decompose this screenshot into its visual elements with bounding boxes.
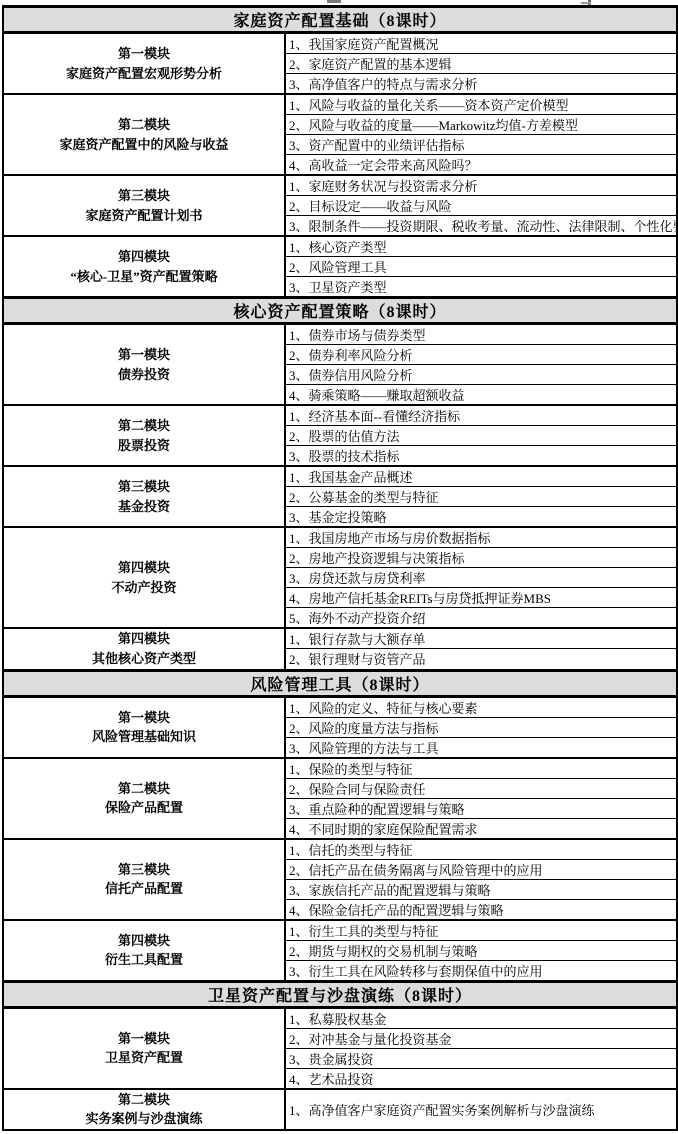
module-title: 衍生工具配置 <box>8 950 280 970</box>
item-cell: 1、我国房地产市场与房价数据指标 <box>285 527 677 548</box>
item-cell: 3、风险管理的方法与工具 <box>285 737 677 758</box>
module-title: “核心-卫星”资产配置策略 <box>8 267 280 287</box>
item-cell: 3、资产配置中的业绩评估指标 <box>285 135 677 155</box>
module-cell: 第二模块股票投资 <box>3 405 285 466</box>
module-label: 第四模块 <box>8 931 280 951</box>
item-cell: 2、目标设定——收益与风险 <box>285 196 677 216</box>
module-label: 第二模块 <box>8 416 280 436</box>
module-cell: 第四模块不动产投资 <box>3 527 285 628</box>
module-title: 卫星资产配置 <box>8 1048 280 1068</box>
table-row: 第三模块信托产品配置1、信托的类型与特征 <box>3 839 677 860</box>
item-cell: 1、衍生工具的类型与特征 <box>285 920 677 941</box>
section-row: 核心资产配置策略（8课时） <box>3 298 677 324</box>
item-cell: 2、债券利率风险分析 <box>285 345 677 365</box>
module-cell: 第三模块基金投资 <box>3 466 285 527</box>
item-cell: 2、风险管理工具 <box>285 257 677 277</box>
item-cell: 2、信托产品在债务隔离与风险管理中的应用 <box>285 859 677 879</box>
module-title: 股票投资 <box>8 436 280 456</box>
module-label: 第一模块 <box>8 345 280 365</box>
item-cell: 3、高净值客户的特点与需求分析 <box>285 74 677 95</box>
item-cell: 2、公募基金的类型与特征 <box>285 487 677 507</box>
item-cell: 5、海外不动产投资介绍 <box>285 608 677 629</box>
table-row: 第四模块其他核心资产类型1、银行存款与大额存单 <box>3 628 677 649</box>
section-header: 家庭资产配置基础（8课时） <box>3 7 677 33</box>
item-cell: 1、保险的类型与特征 <box>285 758 677 779</box>
module-title: 债券投资 <box>8 365 280 385</box>
section-row: 卫星资产配置与沙盘演练（8课时） <box>3 981 677 1007</box>
module-cell: 第二模块家庭资产配置中的风险与收益 <box>3 94 285 175</box>
table-row: 第二模块保险产品配置1、保险的类型与特征 <box>3 758 677 779</box>
module-label: 第一模块 <box>8 44 280 64</box>
item-cell: 2、银行理财与资管产品 <box>285 649 677 670</box>
item-cell: 1、私募股权基金 <box>285 1007 677 1028</box>
item-cell: 1、核心资产类型 <box>285 236 677 257</box>
item-cell: 2、对冲基金与量化投资基金 <box>285 1028 677 1048</box>
module-cell: 第一模块卫星资产配置 <box>3 1007 285 1089</box>
table-row: 第四模块“核心-卫星”资产配置策略1、核心资产类型 <box>3 236 677 257</box>
item-cell: 2、保险合同与保险责任 <box>285 778 677 798</box>
module-title: 保险产品配置 <box>8 798 280 818</box>
item-cell: 1、高净值客户家庭资产配置实务案例解析与沙盘演练 <box>285 1089 677 1130</box>
course-outline-sheet: 家庭资产配置基础（8课时）第一模块家庭资产配置宏观形势分析1、我国家庭资产配置概… <box>0 0 678 1134</box>
table-row: 第三模块基金投资1、我国基金产品概述 <box>3 466 677 487</box>
module-cell: 第二模块实务案例与沙盘演练 <box>3 1089 285 1130</box>
item-cell: 3、重点险种的配置逻辑与策略 <box>285 798 677 818</box>
module-cell: 第一模块家庭资产配置宏观形势分析 <box>3 33 285 95</box>
module-label: 第二模块 <box>8 779 280 799</box>
module-cell: 第二模块保险产品配置 <box>3 758 285 839</box>
cropped-text-artifact <box>327 0 341 3</box>
item-cell: 2、风险与收益的度量——Markowitz均值-方差模型 <box>285 115 677 135</box>
item-cell: 4、骑乘策略——赚取超额收益 <box>285 385 677 406</box>
section-header: 卫星资产配置与沙盘演练（8课时） <box>3 981 677 1007</box>
module-cell: 第四模块衍生工具配置 <box>3 920 285 982</box>
item-cell: 4、房地产信托基金REITs与房贷抵押证券MBS <box>285 588 677 608</box>
table-row: 第四模块衍生工具配置1、衍生工具的类型与特征 <box>3 920 677 941</box>
item-cell: 2、股票的估值方法 <box>285 426 677 446</box>
module-title: 基金投资 <box>8 497 280 517</box>
item-cell: 2、期货与期权的交易机制与策略 <box>285 940 677 960</box>
table-row: 第一模块债券投资1、债券市场与债券类型 <box>3 324 677 345</box>
item-cell: 3、房贷还款与房贷利率 <box>285 568 677 588</box>
course-outline-table: 家庭资产配置基础（8课时）第一模块家庭资产配置宏观形势分析1、我国家庭资产配置概… <box>2 5 678 1131</box>
table-row: 第三模块家庭资产配置计划书1、家庭财务状况与投资需求分析 <box>3 175 677 196</box>
item-cell: 3、债券信用风险分析 <box>285 365 677 385</box>
table-row: 第一模块卫星资产配置1、私募股权基金 <box>3 1007 677 1028</box>
module-label: 第三模块 <box>8 186 280 206</box>
item-cell: 1、我国基金产品概述 <box>285 466 677 487</box>
table-row: 第一模块家庭资产配置宏观形势分析1、我国家庭资产配置概况 <box>3 33 677 54</box>
module-label: 第二模块 <box>8 1090 280 1110</box>
item-cell: 1、银行存款与大额存单 <box>285 628 677 649</box>
item-cell: 1、经济基本面--看懂经济指标 <box>285 405 677 426</box>
item-cell: 3、限制条件——投资期限、税收考量、流动性、法律限制、个性化要求 <box>285 216 677 237</box>
item-cell: 1、家庭财务状况与投资需求分析 <box>285 175 677 196</box>
module-title: 其他核心资产类型 <box>8 649 280 669</box>
module-cell: 第三模块信托产品配置 <box>3 839 285 920</box>
section-row: 风险管理工具（8课时） <box>3 670 677 696</box>
section-header: 核心资产配置策略（8课时） <box>3 298 677 324</box>
table-row: 第二模块家庭资产配置中的风险与收益1、风险与收益的量化关系——资本资产定价模型 <box>3 94 677 115</box>
module-cell: 第一模块风险管理基础知识 <box>3 696 285 758</box>
module-cell: 第四模块“核心-卫星”资产配置策略 <box>3 236 285 298</box>
item-cell: 2、风险的度量方法与指标 <box>285 717 677 737</box>
module-cell: 第四模块其他核心资产类型 <box>3 628 285 670</box>
item-cell: 4、艺术品投资 <box>285 1068 677 1089</box>
item-cell: 1、风险与收益的量化关系——资本资产定价模型 <box>285 94 677 115</box>
item-cell: 1、债券市场与债券类型 <box>285 324 677 345</box>
item-cell: 4、高收益一定会带来高风险吗？ <box>285 155 677 176</box>
table-row: 第四模块不动产投资1、我国房地产市场与房价数据指标 <box>3 527 677 548</box>
item-cell: 4、保险金信托产品的配置逻辑与策略 <box>285 899 677 920</box>
module-label: 第四模块 <box>8 629 280 649</box>
module-label: 第一模块 <box>8 1029 280 1049</box>
item-cell: 3、贵金属投资 <box>285 1048 677 1068</box>
item-cell: 3、卫星资产类型 <box>285 277 677 298</box>
module-cell: 第三模块家庭资产配置计划书 <box>3 175 285 236</box>
item-cell: 2、家庭资产配置的基本逻辑 <box>285 54 677 74</box>
module-title: 家庭资产配置中的风险与收益 <box>8 135 280 155</box>
module-title: 风险管理基础知识 <box>8 727 280 747</box>
item-cell: 1、风险的定义、特征与核心要素 <box>285 696 677 717</box>
section-header: 风险管理工具（8课时） <box>3 670 677 696</box>
module-label: 第二模块 <box>8 115 280 135</box>
item-cell: 1、信托的类型与特征 <box>285 839 677 860</box>
module-label: 第四模块 <box>8 558 280 578</box>
module-title: 实务案例与沙盘演练 <box>8 1109 280 1129</box>
module-title: 家庭资产配置计划书 <box>8 206 280 226</box>
item-cell: 4、不同时期的家庭保险配置需求 <box>285 818 677 839</box>
module-title: 家庭资产配置宏观形势分析 <box>8 64 280 84</box>
module-cell: 第一模块债券投资 <box>3 324 285 406</box>
item-cell: 3、股票的技术指标 <box>285 446 677 467</box>
module-title: 不动产投资 <box>8 578 280 598</box>
cropped-text-artifact <box>581 2 591 4</box>
table-row: 第二模块股票投资1、经济基本面--看懂经济指标 <box>3 405 677 426</box>
module-label: 第四模块 <box>8 247 280 267</box>
module-label: 第一模块 <box>8 708 280 728</box>
table-row: 第一模块风险管理基础知识1、风险的定义、特征与核心要素 <box>3 696 677 717</box>
table-row: 第二模块实务案例与沙盘演练1、高净值客户家庭资产配置实务案例解析与沙盘演练 <box>3 1089 677 1130</box>
item-cell: 3、基金定投策略 <box>285 507 677 528</box>
section-row: 家庭资产配置基础（8课时） <box>3 7 677 33</box>
item-cell: 3、衍生工具在风险转移与套期保值中的应用 <box>285 960 677 981</box>
item-cell: 2、房地产投资逻辑与决策指标 <box>285 548 677 568</box>
module-label: 第三模块 <box>8 860 280 880</box>
item-cell: 3、家族信托产品的配置逻辑与策略 <box>285 879 677 899</box>
module-label: 第三模块 <box>8 477 280 497</box>
module-title: 信托产品配置 <box>8 879 280 899</box>
item-cell: 1、我国家庭资产配置概况 <box>285 33 677 54</box>
